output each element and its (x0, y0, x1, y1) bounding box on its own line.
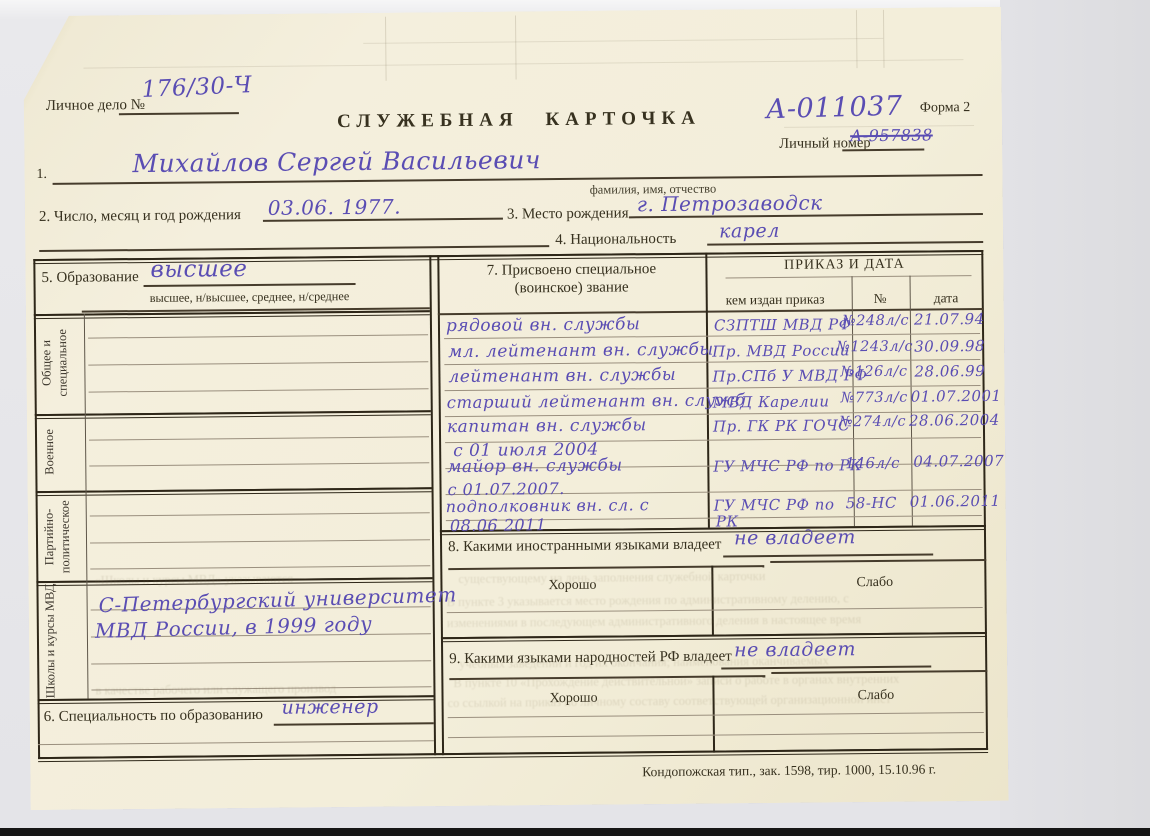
order-number: №248л/с (842, 313, 909, 330)
specialty-value: инженер (282, 696, 379, 719)
rank-row: старший лейтенант вн. служб МВД Карелии … (23, 7, 1001, 16)
order-issuer: МВД Карелии (713, 392, 830, 411)
birth-label: 2. Число, месяц и год рождения (39, 207, 241, 226)
nationality-label: 4. Национальность (555, 231, 676, 249)
rule (144, 283, 356, 287)
bleed-line (363, 38, 883, 44)
section-label-military: Военное (42, 411, 79, 493)
order-number: №773л/с (841, 390, 908, 407)
order-date: 30.09.98 (914, 337, 985, 356)
section-label-party: Партийно- политическое (41, 482, 80, 592)
section-label-mvd-schools: Школы и курсы МВД (42, 582, 81, 700)
bleed-text: учебных заведений и год их окончания; на… (459, 653, 829, 672)
rank-row: капитан вн. службы с 01 июля 2004 Пр. ГК… (23, 7, 1001, 16)
rank-header-line2: (воинское) звание (438, 279, 706, 299)
order-date: 28.06.2004 (909, 411, 1000, 430)
table-border-bottom (38, 748, 988, 760)
birth-value: 03.06. 1977. (268, 195, 401, 220)
rank-row: майор вн. службы с 01.07.2007. ГУ МЧС РФ… (23, 7, 1001, 16)
education-caption: высшее, н/высшее, среднее, н/среднее (150, 289, 350, 306)
rank-row: рядовой вн. службы СЗПТШ МВД РФ №248л/с … (23, 7, 1001, 16)
rank-text: лейтенант вн. службы (448, 365, 676, 387)
rule (448, 712, 984, 718)
rank-text: рядовой вн. службы (446, 314, 640, 336)
rule (89, 436, 429, 440)
scanner-background (1000, 0, 1150, 836)
rule (842, 149, 924, 151)
rank-text-line2: 08.06 2011 (450, 515, 547, 535)
rank-text: подполковник вн. сл. с (446, 495, 650, 516)
weak-column-label: Слабо (856, 575, 893, 591)
section-border (36, 487, 432, 493)
bleed-text: «Школы и курсы МВД» указываются (94, 572, 293, 589)
issuer-column-label: кем издан приказ (726, 291, 825, 308)
foreign-languages-label: 8. Какими иностранными языками владеет (448, 536, 722, 556)
order-date: 01.07.2001 (911, 387, 1002, 406)
rule (274, 722, 434, 725)
rule (91, 660, 431, 664)
section8-bottom-border (441, 632, 987, 640)
order-number: 146л/с (845, 454, 900, 473)
order-number: 58-НС (846, 494, 897, 512)
rule (770, 559, 986, 563)
page-title: СЛУЖЕБНАЯ КАРТОЧКА (194, 106, 844, 134)
specialty-label: 6. Специальность по образованию (44, 707, 263, 726)
order-number: №274л/с (839, 414, 906, 431)
personal-file-number: 176/30-Ч (141, 72, 253, 103)
education-label: 5. Образование (41, 269, 138, 287)
education-value: высшее (150, 256, 247, 283)
nationality-value: карел (719, 220, 780, 243)
bleed-text: со ссылкой на приказ по личному составу … (448, 692, 892, 711)
rule (723, 553, 933, 557)
scanned-document: Личное дело № 176/30-Ч СЛУЖЕБНАЯ КАРТОЧК… (0, 0, 1150, 836)
line1-number: 1. (36, 167, 47, 183)
bleed-text: В пункте 10 «Прохождение действительной»… (453, 672, 899, 691)
order-date: 01.06.2011 (910, 492, 1001, 511)
rule (39, 245, 549, 251)
bleed-text: изменениями в последующем административн… (447, 612, 861, 631)
rank-header-line1: 7. Присвоено специальное (437, 261, 705, 281)
rank-row: подполковник вн. сл. с 08.06 2011 ГУ МЧС… (23, 7, 1001, 16)
foreign-languages-value: не владеет (734, 526, 856, 549)
rank-table-left-border (437, 255, 443, 755)
rule (726, 275, 972, 278)
scan-edge (0, 828, 1150, 836)
rule (448, 732, 984, 738)
order-issuer: Пр. МВД России (712, 341, 850, 360)
rule (38, 740, 434, 745)
rank-row: лейтенант вн. службы Пр.СПб У МВД РФ №12… (23, 7, 1001, 16)
rank-text: капитан вн. службы (447, 415, 647, 437)
service-card-page: Личное дело № 176/30-Ч СЛУЖЕБНАЯ КАРТОЧК… (23, 7, 1009, 810)
label-strip-divider (84, 314, 89, 699)
rule (88, 361, 428, 365)
rule (90, 512, 430, 516)
order-header: ПРИКАЗ И ДАТА (705, 256, 983, 275)
bleed-text: В пункте 3 указывается место рождения по… (447, 591, 849, 610)
section-border (35, 410, 431, 416)
rank-text: мл. лейтенант вн. службы (448, 340, 714, 363)
order-date: 28.06.99 (914, 362, 985, 381)
order-issuer: Пр. ГК РК ГОЧС (713, 416, 850, 435)
left-column-right-border (429, 255, 435, 755)
form-number: Форма 2 (920, 100, 970, 116)
number-column-label: № (874, 291, 887, 307)
bleed-text: в качестве рабочего или служащего произв… (95, 681, 336, 698)
order-issuer: ГУ МЧС РФ по РК (713, 456, 862, 475)
section-label-general: Общее и специальное (39, 313, 80, 413)
rank-text: старший лейтенант вн. служб (447, 390, 746, 412)
bleed-line (385, 17, 387, 81)
rule (89, 388, 429, 392)
rank-text: майор вн. службы (447, 455, 623, 477)
order-date: 21.07.94 (914, 310, 985, 329)
bleed-line (83, 59, 963, 68)
order-issuer: СЗПТШ МВД РФ (714, 315, 852, 334)
order-number: №1243л/с (836, 339, 913, 356)
print-imprint: Кондопожская тип., зак. 1598, тир. 1000,… (642, 761, 936, 780)
personal-number-value: А-957838 (850, 125, 933, 145)
birthplace-value: г. Петрозаводск (637, 191, 823, 217)
rule (90, 539, 430, 543)
rank-row: мл. лейтенант вн. службы Пр. МВД России … (23, 7, 1001, 16)
full-name: Михайлов Сергей Васильевич (132, 145, 541, 178)
bleed-line (515, 15, 517, 79)
rule (90, 565, 430, 569)
date-column-label: дата (934, 290, 959, 306)
card-number: А-011037 (765, 91, 902, 126)
order-number: №126л/с (840, 364, 907, 381)
bleed-text: существующему на день заполнения служебн… (458, 569, 765, 587)
mvd-school-line2: МВД России, в 1999 году (95, 611, 373, 642)
rule (89, 462, 429, 466)
order-date: 04.07.2007. (913, 452, 1009, 471)
rule (88, 334, 428, 338)
birthplace-label: 3. Место рождения (507, 205, 629, 223)
